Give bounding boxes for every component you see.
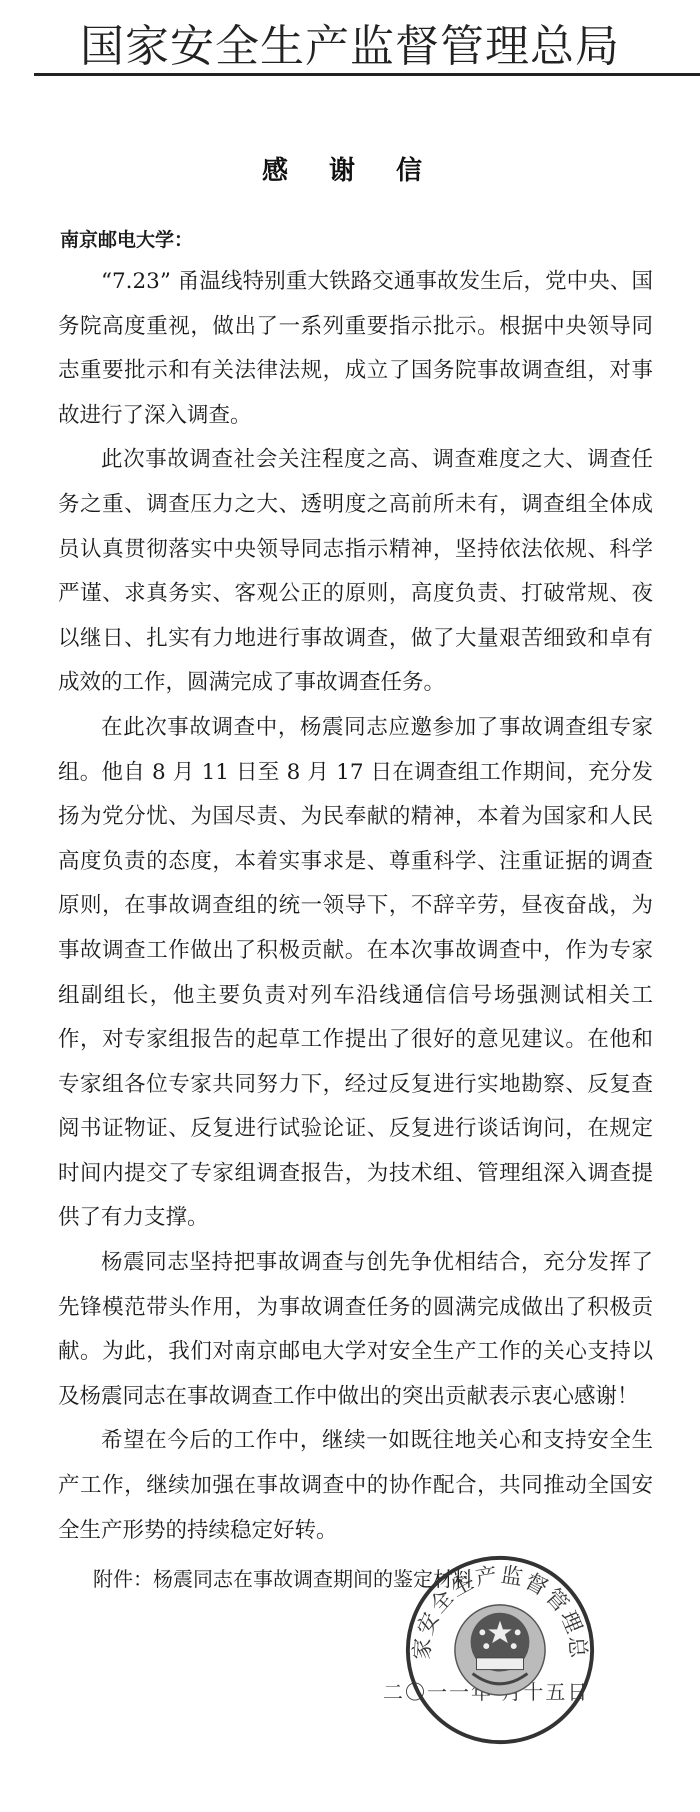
national-emblem-icon bbox=[455, 1605, 545, 1695]
paragraph: 杨震同志坚持把事故调查与创先争优相结合，充分发挥了先锋模范带头作用，为事故调查任… bbox=[58, 1241, 653, 1419]
letter-body: “7.23” 甬温线特别重大铁路交通事故发生后，党中央、国务院高度重视，做出了一… bbox=[58, 260, 653, 1553]
salutation: 南京邮电大学： bbox=[60, 225, 193, 252]
letterhead-divider bbox=[34, 73, 700, 76]
paragraph: 此次事故调查社会关注程度之高、调查难度之大、调查任务之重、调查压力之大、透明度之… bbox=[58, 438, 653, 706]
paragraph: 在此次事故调查中，杨震同志应邀参加了事故调查组专家组。他自 8 月 11 日至 … bbox=[58, 706, 653, 1241]
paragraph: 希望在今后的工作中，继续一如既往地关心和支持安全生产工作，继续加强在事故调查中的… bbox=[58, 1419, 653, 1553]
official-seal-icon: 国家安全生产监督管理总局 bbox=[402, 1552, 598, 1748]
document-title: 感 谢 信 bbox=[0, 150, 700, 187]
paragraph: “7.23” 甬温线特别重大铁路交通事故发生后，党中央、国务院高度重视，做出了一… bbox=[58, 260, 653, 438]
letterhead: 国家安全生产监督管理总局 bbox=[0, 10, 700, 74]
